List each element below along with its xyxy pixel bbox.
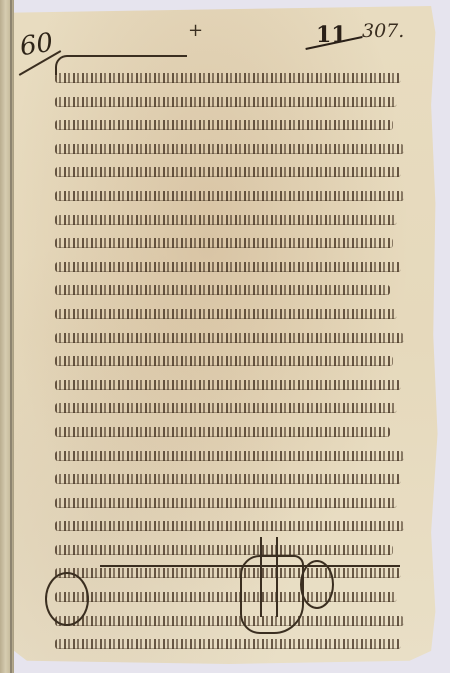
binding-edge — [10, 0, 12, 673]
signature-rubric — [240, 555, 304, 634]
text-line — [55, 403, 415, 422]
text-line — [55, 333, 415, 352]
text-line — [55, 215, 415, 234]
text-line — [55, 144, 415, 163]
cross-mark: + — [188, 20, 203, 41]
text-line — [55, 380, 415, 399]
text-line — [55, 427, 415, 446]
text-line — [55, 285, 415, 304]
left-flourish — [45, 572, 89, 626]
text-line — [55, 474, 415, 493]
right-flourish — [300, 560, 334, 609]
text-line — [55, 120, 415, 139]
text-line — [55, 191, 415, 210]
text-line — [55, 262, 415, 281]
text-line — [55, 616, 415, 635]
folio-number-right: 307. — [362, 20, 404, 42]
text-line — [55, 238, 415, 257]
text-line — [55, 592, 415, 611]
text-line — [55, 545, 415, 564]
text-line — [55, 73, 415, 92]
text-line — [55, 451, 415, 470]
text-line — [55, 167, 415, 186]
text-line — [55, 309, 415, 328]
text-line — [55, 97, 415, 116]
text-line — [55, 521, 415, 540]
text-line — [55, 568, 415, 587]
handwritten-text-body — [55, 68, 415, 658]
text-line — [55, 639, 415, 658]
text-line — [55, 498, 415, 517]
text-line — [55, 356, 415, 375]
